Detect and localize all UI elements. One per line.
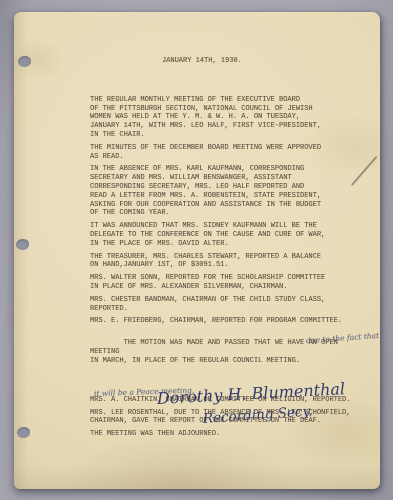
photo-background: JANUARY 14TH, 1930. THE REGULAR MONTHLY … <box>0 0 393 500</box>
paragraph: IT WAS ANNOUNCED THAT MRS. SIDNEY KAUFMA… <box>90 222 366 248</box>
paragraph: THE MINUTES OF THE DECEMBER BOARD MEETIN… <box>90 144 366 162</box>
handwritten-annotation-inline: due to the fact that <box>306 332 380 346</box>
paragraph: THE REGULAR MONTHLY MEETING OF THE EXECU… <box>90 96 366 140</box>
paragraph-text: THE MOTION WAS MADE AND PASSED THAT WE H… <box>90 339 342 365</box>
paragraph: IN THE ABSENCE OF MRS. KARL KAUFMANN, CO… <box>90 165 366 218</box>
punch-hole <box>18 56 31 67</box>
document-page: JANUARY 14TH, 1930. THE REGULAR MONTHLY … <box>14 12 380 489</box>
punch-hole <box>16 239 29 250</box>
paragraph: MRS. E. FRIEDBERG, CHAIRMAN, REPORTED FO… <box>90 317 366 326</box>
punch-hole <box>17 427 30 438</box>
paragraph: THE MEETING WAS THEN ADJOURNED. <box>90 430 366 439</box>
document-date: JANUARY 14TH, 1930. <box>162 57 366 66</box>
paragraph: MRS. CHESTER BANDMAN, CHAIRMAN OF THE CH… <box>90 296 366 314</box>
paragraph: THE TREASURER, MRS. CHARLES STEWART, REP… <box>90 253 366 271</box>
paragraph: MRS. WALTER SONN, REPORTED FOR THE SCHOL… <box>90 274 366 292</box>
